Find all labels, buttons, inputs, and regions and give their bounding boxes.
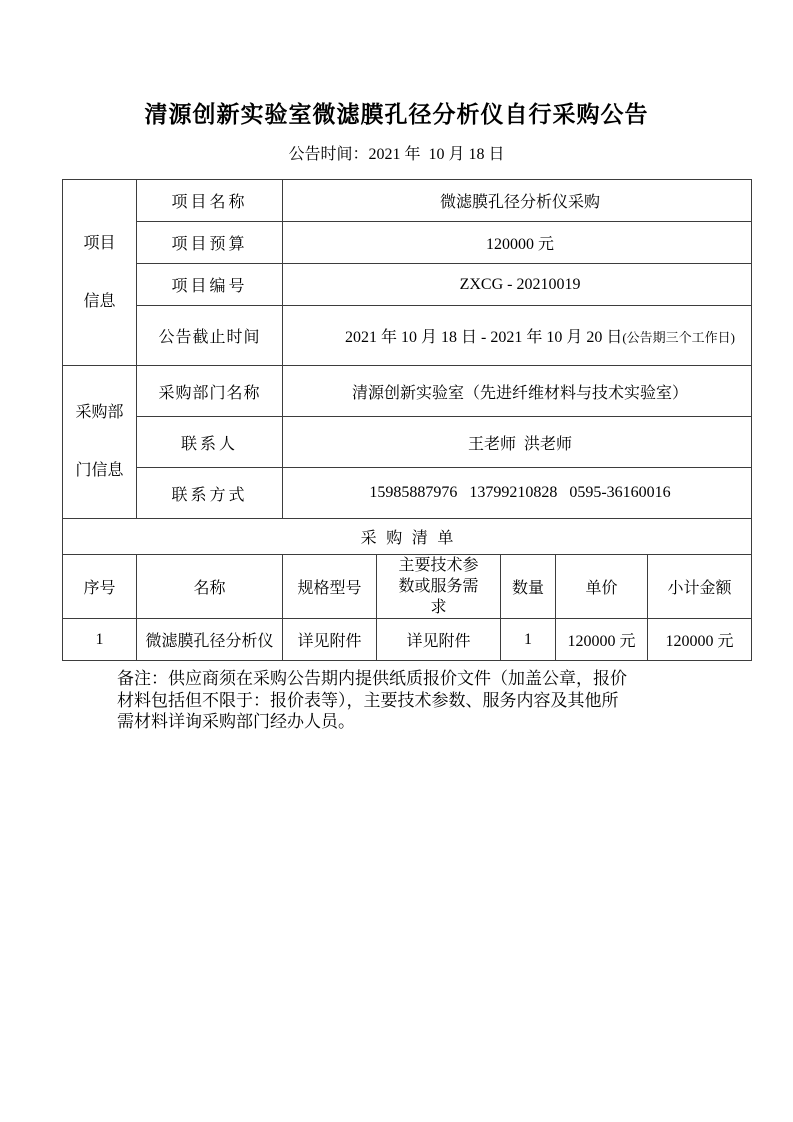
group-label-line: 项目	[63, 233, 136, 255]
project-budget-value: 120000 元	[283, 222, 752, 264]
group-header-project-info: 项目 信息	[63, 180, 137, 366]
purchase-list-title: 采购清单	[63, 519, 752, 555]
item-subtotal: 120000 元	[648, 619, 752, 661]
table-row: 采购清单	[63, 519, 752, 555]
procurement-table: 项目 信息 项目名称 微滤膜孔径分析仪采购 项目预算 120000 元 项目编号…	[62, 179, 752, 661]
item-unit-price: 120000 元	[556, 619, 648, 661]
table-row: 公告截止时间 2021 年 10 月 18 日 - 2021 年 10 月 20…	[63, 306, 752, 366]
department-name-value: 清源创新实验室（先进纤维材料与技术实验室）	[283, 366, 752, 417]
remark-note: 备注：供应商须在采购公告期内提供纸质报价文件（加盖公章，报价 材料包括但不限于：…	[117, 668, 693, 733]
item-qty: 1	[501, 619, 556, 661]
column-header-subtotal: 小计金额	[648, 555, 752, 619]
item-no: 1	[63, 619, 137, 661]
group-label-line: 采购部	[63, 402, 136, 424]
group-label-line: 门信息	[63, 460, 136, 482]
project-budget-label: 项目预算	[137, 222, 283, 264]
table-row: 采购部 门信息 采购部门名称 清源创新实验室（先进纤维材料与技术实验室）	[63, 366, 752, 417]
column-header-unit-price: 单价	[556, 555, 648, 619]
table-row: 项目编号 ZXCG - 20210019	[63, 264, 752, 306]
department-name-label: 采购部门名称	[137, 366, 283, 417]
page-title: 清源创新实验室微滤膜孔径分析仪自行采购公告	[0, 99, 793, 131]
contact-method-label: 联系方式	[137, 468, 283, 519]
project-number-label: 项目编号	[137, 264, 283, 306]
item-tech: 详见附件	[377, 619, 501, 661]
table-row: 联系人 王老师 洪老师	[63, 417, 752, 468]
contact-person-value: 王老师 洪老师	[283, 417, 752, 468]
deadline-value: 2021 年 10 月 18 日 - 2021 年 10 月 20 日(公告期三…	[283, 306, 752, 366]
column-header-name: 名称	[137, 555, 283, 619]
contact-method-value: 15985887976 13799210828 0595-36160016	[283, 468, 752, 519]
deadline-dates: 2021 年 10 月 18 日 - 2021 年 10 月 20 日	[345, 329, 622, 346]
remark-line: 材料包括但不限于：报价表等），主要技术参数、服务内容及其他所	[117, 690, 693, 712]
table-header-row: 序号 名称 规格型号 主要技术参数或服务需求 数量 单价 小计金额	[63, 555, 752, 619]
column-header-tech: 主要技术参数或服务需求	[377, 555, 501, 619]
column-header-model: 规格型号	[283, 555, 377, 619]
item-name: 微滤膜孔径分析仪	[137, 619, 283, 661]
column-header-qty: 数量	[501, 555, 556, 619]
contact-person-label: 联系人	[137, 417, 283, 468]
table-row: 项目预算 120000 元	[63, 222, 752, 264]
remark-line: 需材料详询采购部门经办人员。	[117, 711, 693, 733]
deadline-note: (公告期三个工作日)	[622, 330, 735, 345]
remark-line: 备注：供应商须在采购公告期内提供纸质报价文件（加盖公章，报价	[117, 668, 693, 690]
table-row: 联系方式 15985887976 13799210828 0595-361600…	[63, 468, 752, 519]
project-name-value: 微滤膜孔径分析仪采购	[283, 180, 752, 222]
item-model: 详见附件	[283, 619, 377, 661]
project-number-value: ZXCG - 20210019	[283, 264, 752, 306]
group-header-department-info: 采购部 门信息	[63, 366, 137, 519]
announce-time: 公告时间：2021 年 10 月 18 日	[0, 144, 793, 166]
purchase-item-row: 1 微滤膜孔径分析仪 详见附件 详见附件 1 120000 元 120000 元	[63, 619, 752, 661]
table-row: 项目 信息 项目名称 微滤膜孔径分析仪采购	[63, 180, 752, 222]
group-label-line: 信息	[63, 291, 136, 313]
column-header-no: 序号	[63, 555, 137, 619]
deadline-label: 公告截止时间	[137, 306, 283, 366]
document-page: 清源创新实验室微滤膜孔径分析仪自行采购公告 公告时间：2021 年 10 月 1…	[0, 0, 793, 1122]
project-name-label: 项目名称	[137, 180, 283, 222]
